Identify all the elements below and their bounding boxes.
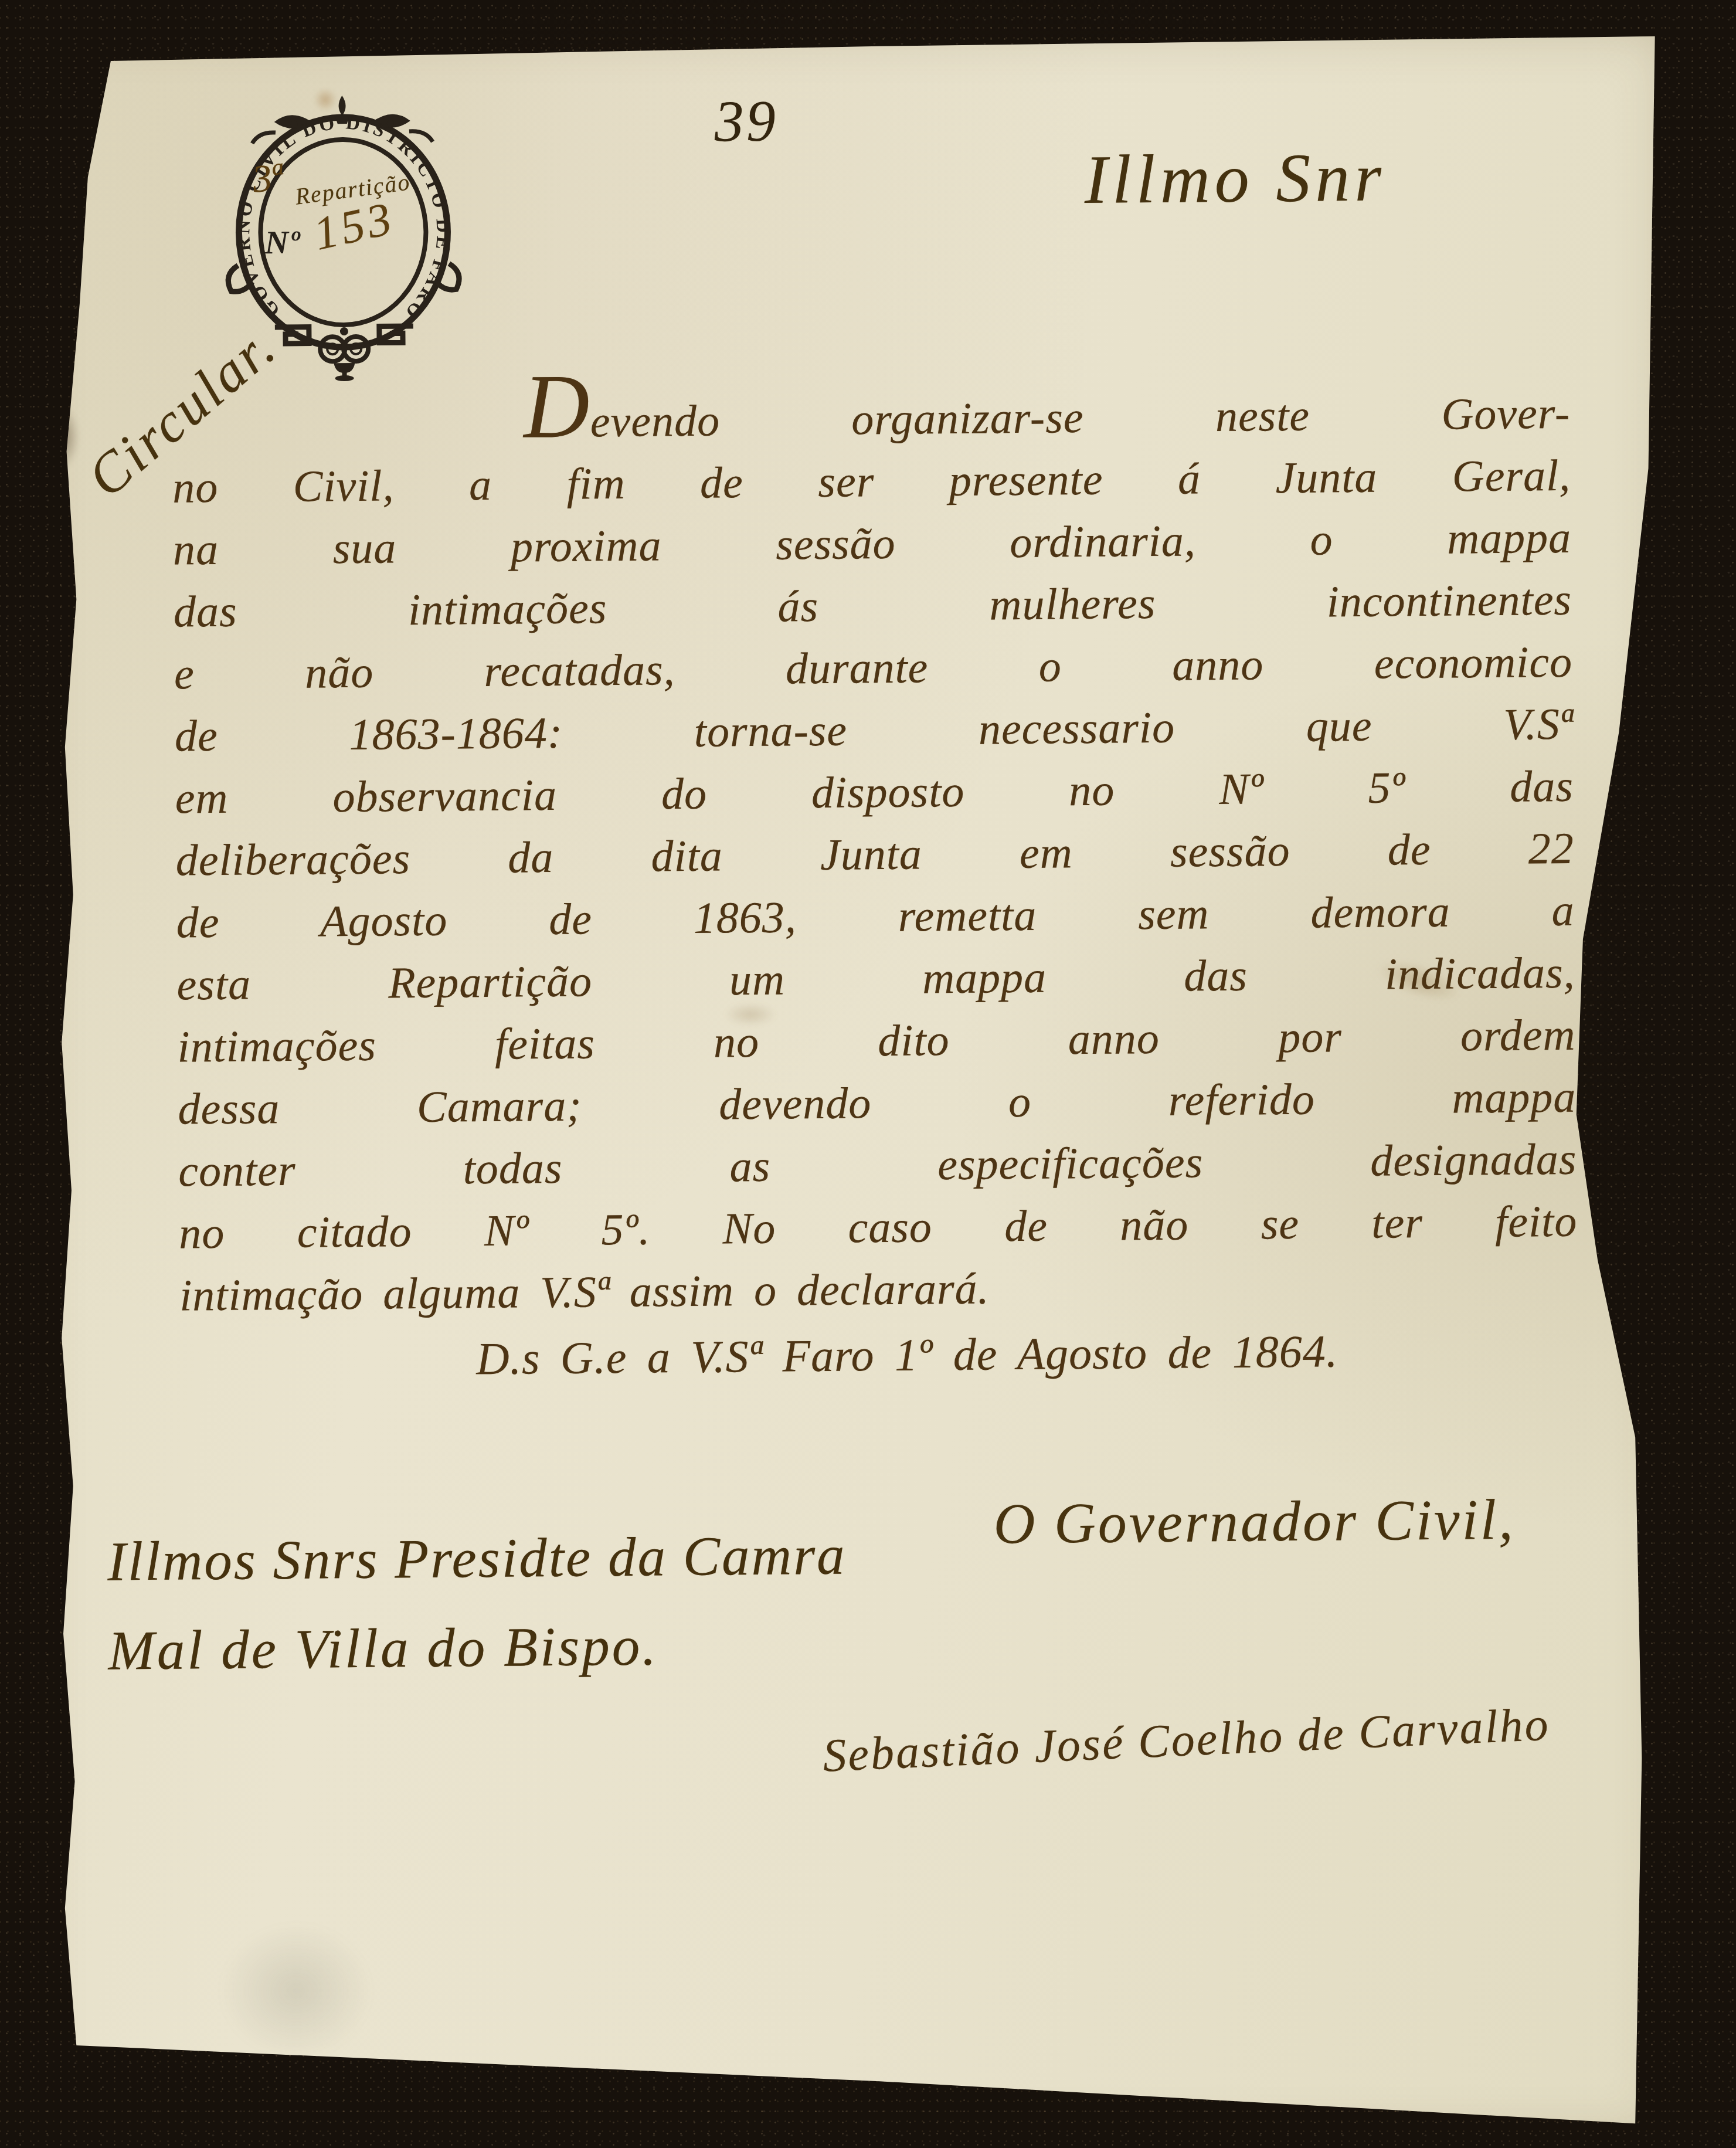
addressee-line-1: Illmos Snrs Presidte da Camra xyxy=(107,1511,847,1606)
signature: Sebastião José Coelho de Carvalho xyxy=(822,1698,1551,1783)
addressee-line-2: Mal de Villa do Bispo. xyxy=(108,1600,848,1695)
folio-number: 39 xyxy=(714,87,778,155)
document-page: 39 xyxy=(32,29,1668,2140)
stamp-number-label: Nº xyxy=(264,224,301,262)
stamp-department-number: 3ª xyxy=(250,155,284,202)
body-line: de 1863-1864: torna-se necessario que V.… xyxy=(174,693,1573,768)
salutation: Illmo Snr xyxy=(1084,138,1387,220)
body-line: intimação alguma V.Sª assim o declarará. xyxy=(179,1253,1578,1327)
letter-body: Devendo organizar-se neste Gover- no Civ… xyxy=(172,367,1579,1393)
body-line: intimações feitas no dito anno por ordem xyxy=(177,1004,1576,1078)
body-line: deliberações da dita Junta em sessão de … xyxy=(175,817,1574,892)
signoff: O Governador Civil, xyxy=(993,1487,1516,1557)
body-line: dessa Camara; devendo o referido mappa xyxy=(178,1066,1577,1141)
addressee-block: Illmos Snrs Presidte da Camra Mal de Vil… xyxy=(107,1511,848,1695)
body-line: e não recatadas, durante o anno economic… xyxy=(174,631,1573,705)
body-line: na sua proxima sessão ordinaria, o mappa xyxy=(173,507,1572,581)
body-line: no Civil, a fim de ser presente á Junta … xyxy=(172,444,1571,519)
body-line: Devendo organizar-se neste Gover- xyxy=(172,367,1571,457)
body-line: conter todas as especificações designada… xyxy=(178,1128,1577,1203)
body-line: de Agosto de 1863, remetta sem demora a xyxy=(176,880,1575,954)
body-line: esta Repartição um mappa das indicadas, xyxy=(176,942,1575,1016)
date-line: D.s G.e a V.Sª Faro 1º de Agosto de 1864… xyxy=(180,1318,1579,1393)
body-line: em observancia do disposto no Nº 5º das xyxy=(175,755,1574,830)
body-line: das intimações ás mulheres incontinentes xyxy=(174,569,1572,643)
body-line: no citado Nº 5º. No caso de não se ter f… xyxy=(179,1190,1578,1265)
manuscript-content: 39 xyxy=(25,21,1679,2146)
